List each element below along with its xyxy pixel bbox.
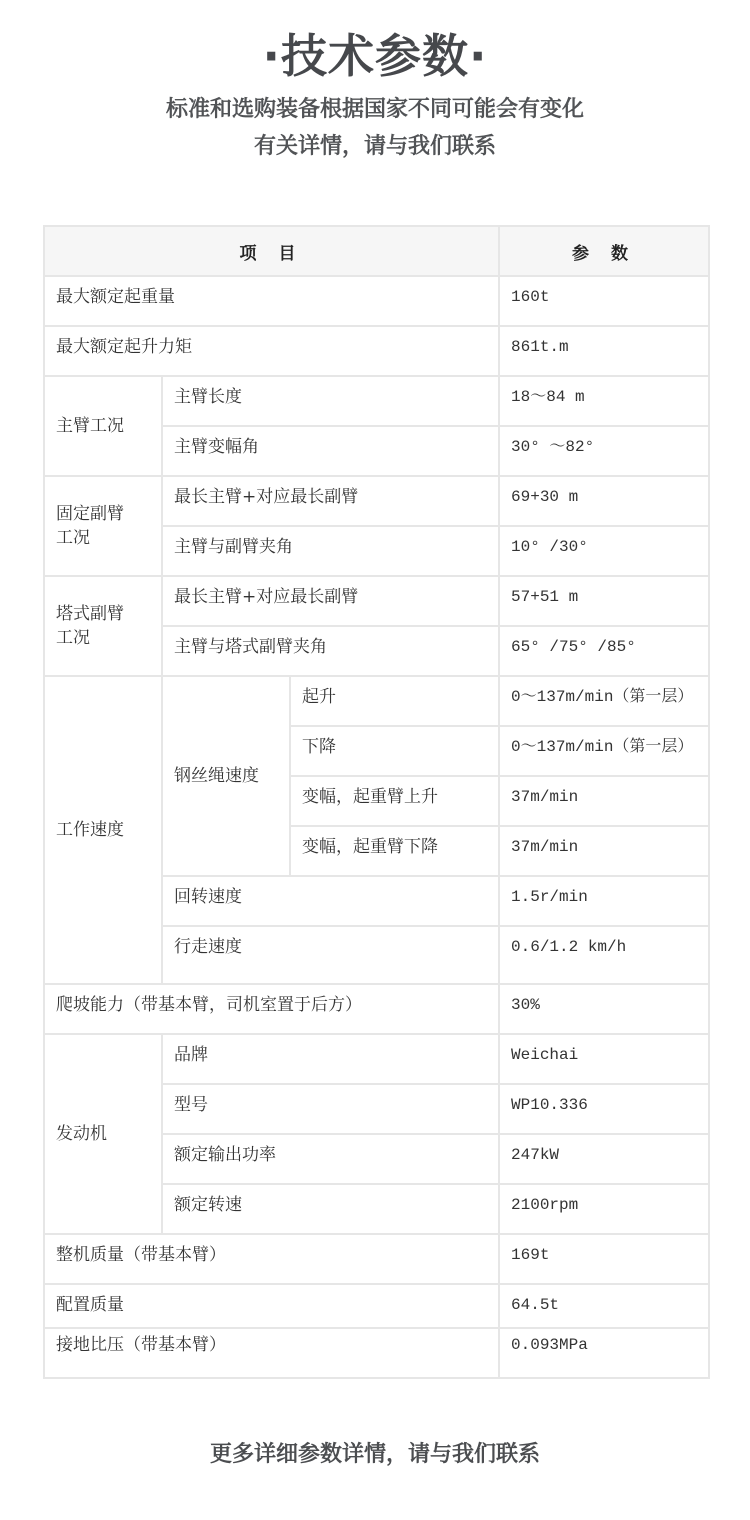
row-label: 配置质量 xyxy=(44,1284,499,1328)
row-value: 57+51 m xyxy=(499,576,709,626)
row-label: 最长主臂+对应最长副臂 xyxy=(162,476,499,526)
group-label: 主臂工况 xyxy=(44,376,162,476)
column-header-param: 参 数 xyxy=(499,226,709,276)
row-label: 整机质量（带基本臂） xyxy=(44,1234,499,1284)
group-label: 塔式副臂工况 xyxy=(44,576,162,676)
table-row: 配置质量 64.5t xyxy=(44,1284,709,1328)
row-label: 型号 xyxy=(162,1084,499,1134)
row-value: 1.5r/min xyxy=(499,876,709,926)
row-label: 回转速度 xyxy=(162,876,499,926)
group-label: 固定副臂工况 xyxy=(44,476,162,576)
row-value: 69+30 m xyxy=(499,476,709,526)
row-value: 18～84 m xyxy=(499,376,709,426)
row-value: 0～137m/min（第一层） xyxy=(499,676,709,726)
column-header-item: 项 目 xyxy=(44,226,499,276)
row-value: 0～137m/min（第一层） xyxy=(499,726,709,776)
row-value: 861t.m xyxy=(499,326,709,376)
row-value: WP10.336 xyxy=(499,1084,709,1134)
row-value: 30% xyxy=(499,984,709,1034)
row-label: 最长主臂+对应最长副臂 xyxy=(162,576,499,626)
table-row: 最大额定起升力矩 861t.m xyxy=(44,326,709,376)
row-label: 下降 xyxy=(290,726,499,776)
table-row: 爬坡能力（带基本臂，司机室置于后方） 30% xyxy=(44,984,709,1034)
row-label: 变幅，起重臂上升 xyxy=(290,776,499,826)
table-row: 塔式副臂工况 最长主臂+对应最长副臂 57+51 m xyxy=(44,576,709,626)
table-row: 最大额定起重量 160t xyxy=(44,276,709,326)
table-header-row: 项 目 参 数 xyxy=(44,226,709,276)
row-label: 品牌 xyxy=(162,1034,499,1084)
row-value: 2100rpm xyxy=(499,1184,709,1234)
row-value: 64.5t xyxy=(499,1284,709,1328)
row-value: 37m/min xyxy=(499,826,709,876)
row-value: 65° /75° /85° xyxy=(499,626,709,676)
table-row: 整机质量（带基本臂） 169t xyxy=(44,1234,709,1284)
subtitle-contact: 有关详情，请与我们联系 xyxy=(0,129,750,165)
row-label: 变幅，起重臂下降 xyxy=(290,826,499,876)
table-row: 发动机 品牌 Weichai xyxy=(44,1034,709,1084)
row-label: 起升 xyxy=(290,676,499,726)
row-value: 30° ～82° xyxy=(499,426,709,476)
row-label: 额定输出功率 xyxy=(162,1134,499,1184)
row-label: 最大额定起重量 xyxy=(44,276,499,326)
subtitle-disclaimer: 标准和选购装备根据国家不同可能会有变化 xyxy=(0,92,750,128)
row-label: 行走速度 xyxy=(162,926,499,984)
row-value: 160t xyxy=(499,276,709,326)
row-label: 主臂与副臂夹角 xyxy=(162,526,499,576)
row-label: 主臂长度 xyxy=(162,376,499,426)
table-row: 主臂工况 主臂长度 18～84 m xyxy=(44,376,709,426)
contact-footer: 更多详细参数详情，请与我们联系 xyxy=(0,1437,750,1473)
row-label: 接地比压（带基本臂） xyxy=(44,1328,499,1378)
row-value: 0.093MPa xyxy=(499,1328,709,1378)
table-row: 工作速度 钢丝绳速度 起升 0～137m/min（第一层） xyxy=(44,676,709,726)
row-value: 247kW xyxy=(499,1134,709,1184)
table-row: 固定副臂工况 最长主臂+对应最长副臂 69+30 m xyxy=(44,476,709,526)
row-value: 10° /30° xyxy=(499,526,709,576)
group-label: 发动机 xyxy=(44,1034,162,1234)
page-title: ·技术参数· xyxy=(0,26,750,86)
row-label: 最大额定起升力矩 xyxy=(44,326,499,376)
row-label: 主臂变幅角 xyxy=(162,426,499,476)
row-label: 主臂与塔式副臂夹角 xyxy=(162,626,499,676)
group-label: 工作速度 xyxy=(44,676,162,984)
row-label: 额定转速 xyxy=(162,1184,499,1234)
table-row: 接地比压（带基本臂） 0.093MPa xyxy=(44,1328,709,1378)
subgroup-label: 钢丝绳速度 xyxy=(162,676,290,876)
row-value: 0.6/1.2 km/h xyxy=(499,926,709,984)
row-label: 爬坡能力（带基本臂，司机室置于后方） xyxy=(44,984,499,1034)
row-value: 169t xyxy=(499,1234,709,1284)
spec-table: 项 目 参 数 最大额定起重量 160t 最大额定起升力矩 861t.m 主臂工… xyxy=(43,225,710,1379)
row-value: Weichai xyxy=(499,1034,709,1084)
row-value: 37m/min xyxy=(499,776,709,826)
